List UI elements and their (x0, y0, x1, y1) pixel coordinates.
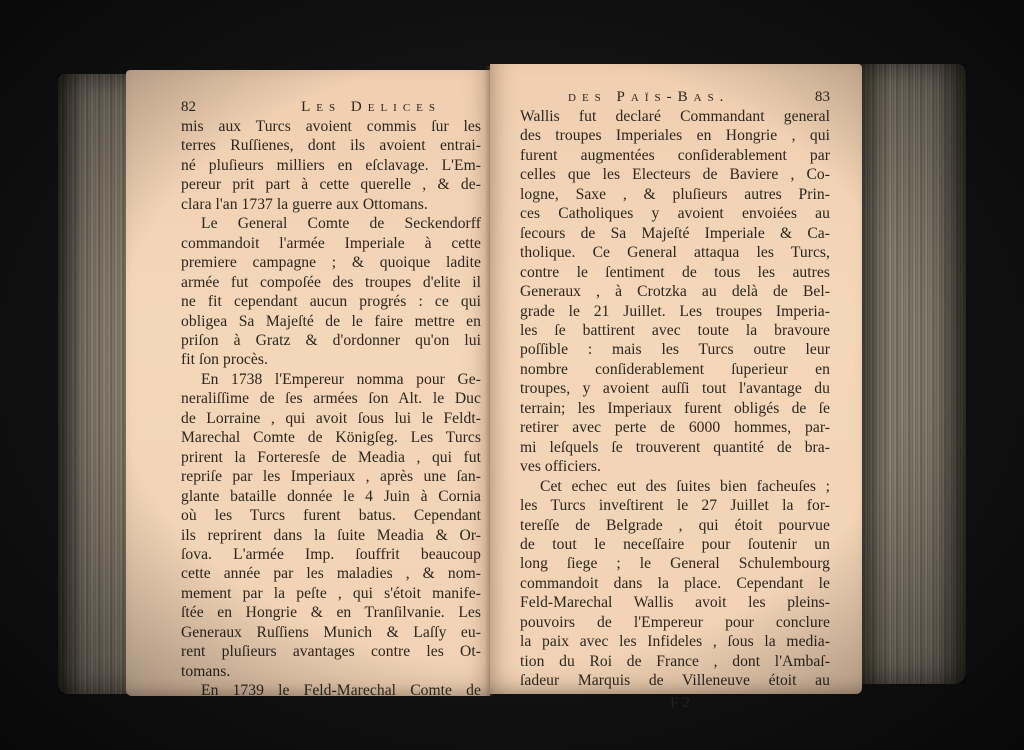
text-line: long ſiege ; le General Schulembourg (520, 554, 830, 573)
text-line: pouvoirs de l'Empereur pour conclure (520, 613, 830, 632)
text-line: Generaux Ruſſiens Munich & Laſſy eu- (181, 623, 481, 642)
left-page-body: mis aux Turcs avoient commis ſur lesterr… (181, 117, 481, 701)
open-book: 82 Les Delices mis aux Turcs avoient com… (38, 62, 988, 702)
text-line: ſova. L'armée Imp. ſouffrit beaucoup (181, 545, 481, 564)
text-line: la paix avec les Infideles , ſous la med… (520, 632, 830, 651)
text-line: Feld-Marechal Wallis avoit les pleins- (520, 593, 830, 612)
right-page: des Païs-Bas. 83 Wallis fut declaré Comm… (490, 64, 862, 694)
text-line: neraliſſime de ſes armées ſon Alt. le Du… (181, 389, 481, 408)
text-line: En 1739 le Feld-Marechal Comte de (181, 681, 481, 700)
text-line: rent pluſieurs avantages contre les Ot- (181, 642, 481, 661)
text-line: ces Catholiques y avoient envoiées au (520, 204, 830, 223)
text-line: ils reprirent dans la ſuite Meadia & Or- (181, 526, 481, 545)
text-line: des troupes Imperiales en Hongrie , qui (520, 126, 830, 145)
text-line: mi leſquels ſe trouverent quantité de br… (520, 438, 830, 457)
text-line: celles que les Electeurs de Baviere , Co… (520, 165, 830, 184)
text-line: Cet echec eut des ſuites bien facheuſes … (520, 477, 830, 496)
text-line: troupes, y avoient auſſi tout l'avantage… (520, 379, 830, 398)
text-line: furent augmentées conſiderablement par (520, 146, 830, 165)
text-line: ves officiers. (520, 457, 830, 476)
right-page-edges (856, 64, 966, 684)
text-line: Generaux , à Crotzka au delà de Bel- (520, 282, 830, 301)
signature-mark: F 2 (520, 694, 830, 713)
text-line: repriſe par les Imperiaux , après une ſa… (181, 467, 481, 486)
text-line: tion du Roi de France , dont l'Ambaſ- (520, 652, 830, 671)
text-line: En 1738 l'Empereur nomma pour Ge- (181, 370, 481, 389)
right-page-number: 83 (815, 88, 830, 107)
text-line: retirer avec perte de 6000 hommes, par- (520, 418, 830, 437)
text-line: logne, Saxe , & pluſieurs autres Prin- (520, 185, 830, 204)
left-page-text-block: 82 Les Delices mis aux Turcs avoient com… (181, 98, 481, 701)
text-line: poſſible : mais les Turcs outre leur (520, 340, 830, 359)
left-page: 82 Les Delices mis aux Turcs avoient com… (126, 70, 490, 696)
text-line: terres Ruſſienes, dont ils avoient entra… (181, 136, 481, 155)
text-line: terrain; les Imperiaux furent obligés de… (520, 399, 830, 418)
text-line: contre le ſentiment de tous les autres (520, 263, 830, 282)
left-running-head: 82 Les Delices (181, 98, 481, 117)
left-page-number: 82 (181, 98, 196, 117)
text-line: ſadeur Marquis de Villeneuve étoit au (520, 671, 830, 690)
right-running-head-title: des Païs-Bas. (568, 88, 729, 107)
text-line: commandoit dans la place. Cependant le (520, 574, 830, 593)
text-line: né pluſieurs milliers en eſclavage. L'Em… (181, 156, 481, 175)
text-line: de tout le neceſſaire pour ſoutenir un (520, 535, 830, 554)
text-line: de Lorraine , qui avoit ſous lui le Feld… (181, 409, 481, 428)
text-line: tereſſe de Belgrade , qui étoit pourvue (520, 516, 830, 535)
text-line: commandoit l'armée Imperiale à cette (181, 234, 481, 253)
text-line: les Turcs inveſtirent le 27 Juillet la f… (520, 496, 830, 515)
text-line: ne fit cependant aucun progrés : ce qui (181, 292, 481, 311)
text-line: premiere campagne ; & quoique ladite (181, 253, 481, 272)
left-running-head-title: Les Delices (301, 98, 441, 117)
text-line: obligea Sa Majeſté de le faire mettre en (181, 312, 481, 331)
text-line: nombre conſiderablement ſuperieur en (520, 360, 830, 379)
text-line: Le General Comte de Seckendorff (181, 214, 481, 233)
text-line: clara l'an 1737 la guerre aux Ottomans. (181, 195, 481, 214)
text-line: priſon à Gratz & d'ordonner qu'on lui (181, 331, 481, 350)
right-page-text-block: des Païs-Bas. 83 Wallis fut declaré Comm… (520, 88, 830, 713)
text-line: pereur prit part à cette querelle , & de… (181, 175, 481, 194)
text-line: tholique. Ce General attaqua les Turcs, (520, 243, 830, 262)
text-line: grade le 21 Juillet. Les troupes Imperia… (520, 302, 830, 321)
text-line: prirent la Forteresſe de Meadia , qui fu… (181, 448, 481, 467)
text-line: tomans. (181, 662, 481, 681)
text-line: où les Turcs furent batus. Cependant (181, 506, 481, 525)
right-running-head: des Païs-Bas. 83 (520, 88, 830, 107)
text-line: mement par la peſte , qui s'étoit manife… (181, 584, 481, 603)
text-line: mis aux Turcs avoient commis ſur les (181, 117, 481, 136)
right-page-body: Wallis fut declaré Commandant generaldes… (520, 107, 830, 691)
text-line: ſtée en Hongrie & en Tranſilvanie. Les (181, 603, 481, 622)
text-line: Wallis fut declaré Commandant general (520, 107, 830, 126)
text-line: cette année par les maladies , & nom- (181, 564, 481, 583)
text-line: fit ſon procès. (181, 350, 481, 369)
text-line: armée fut compoſée des troupes d'elite i… (181, 273, 481, 292)
text-line: ſecours de Sa Majeſté Imperiale & Ca- (520, 224, 830, 243)
text-line: glante bataille donnée le 4 Juin à Corni… (181, 487, 481, 506)
text-line: Marechal Comte de Königſeg. Les Turcs (181, 428, 481, 447)
text-line: les ſe battirent avec toute la bravoure (520, 321, 830, 340)
